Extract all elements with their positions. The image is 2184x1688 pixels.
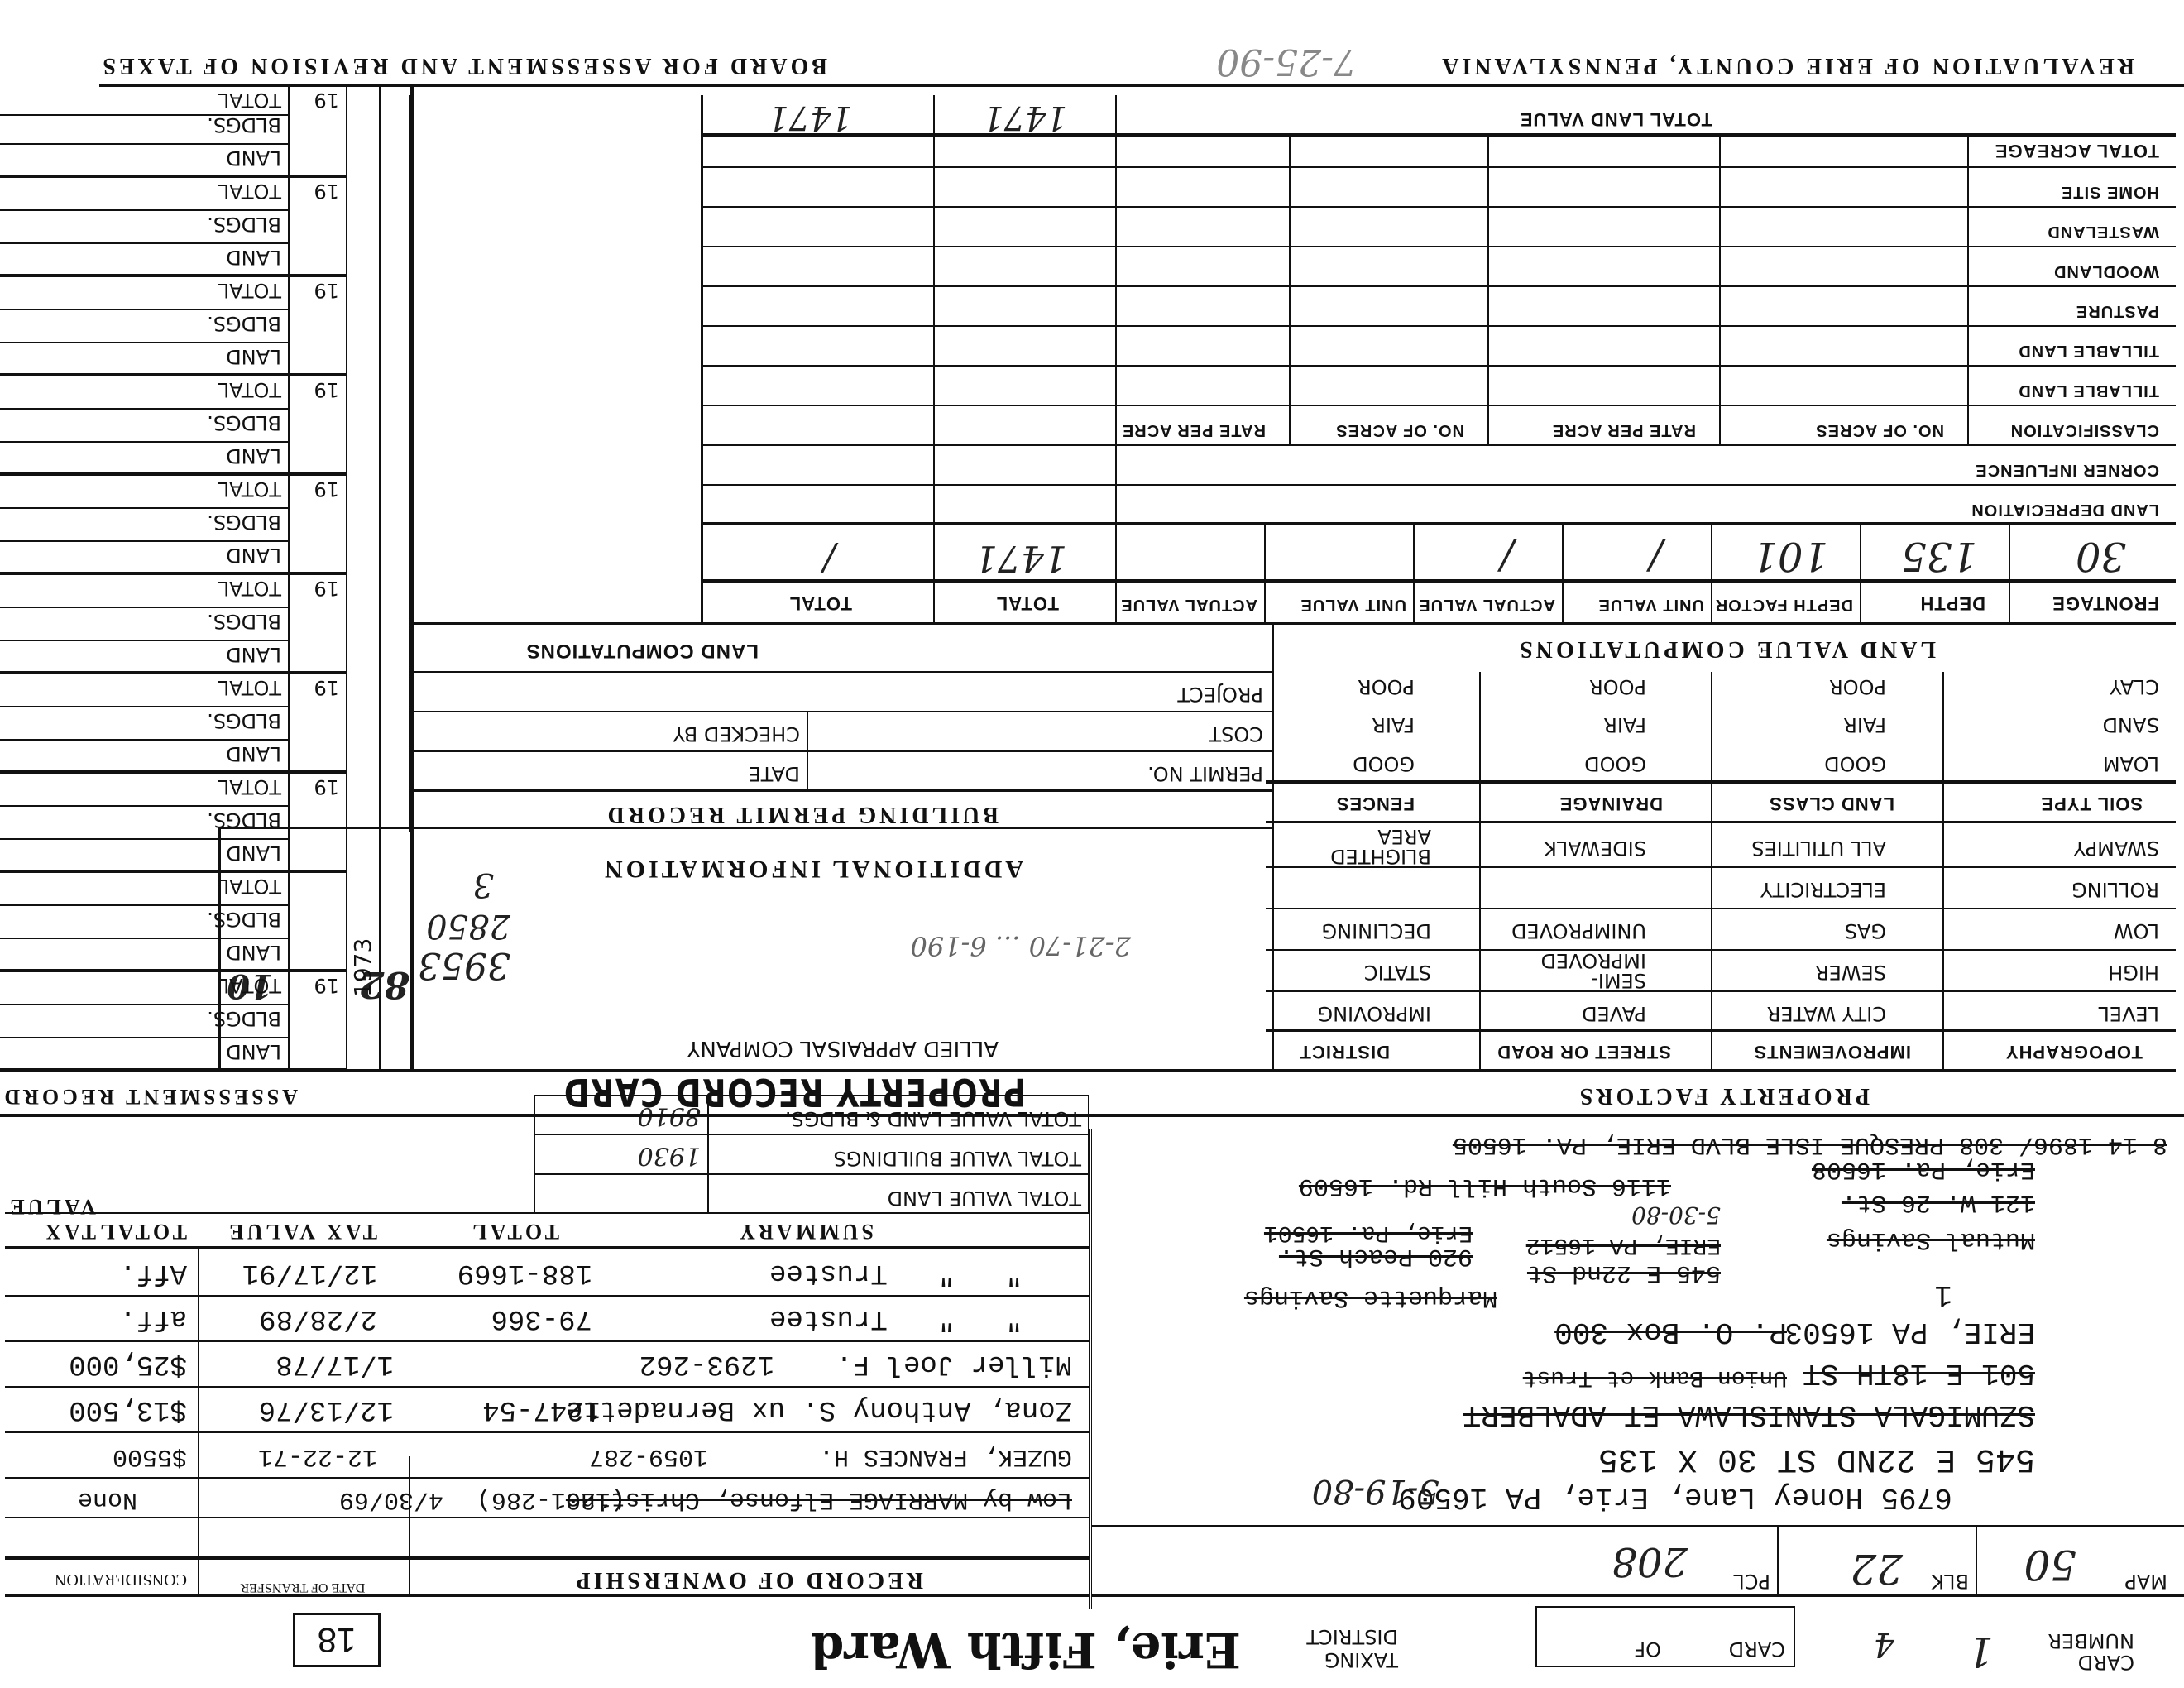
ownership-title: RECORD OF OWNERSHIP xyxy=(573,1566,923,1593)
total-land-value-label: TOTAL LAND VALUE xyxy=(1520,108,1712,130)
appraisal-company: ALLIED APPRAISAL COMPANY xyxy=(687,1036,999,1061)
ownership-row: " " Trustee 79-366 2/28/89 aff. xyxy=(5,1295,1089,1342)
taxing-district-value: Erie, Fifth Ward xyxy=(811,1622,1241,1678)
additional-info-title: ADDITIONAL INFORMATION xyxy=(601,855,1023,883)
address-line: P. O. Box 300 xyxy=(1554,1315,1787,1349)
assessment-record: 82 1973 10 LAND BLDGS. TOTAL 19 LAND BLD… xyxy=(0,87,414,1072)
address-line: ERIE, PA 16503 xyxy=(1785,1315,2035,1349)
address-line: 1116 South Hill Rd. 16509 xyxy=(1299,1172,1671,1200)
board-title: BOARD FOR ASSESSMENT AND REVISION OF TAX… xyxy=(99,52,827,79)
land-value-grid: FRONTAGE DEPTH DEPTH FACTOR UNIT VALUE A… xyxy=(703,523,2176,625)
ownership-row: Low by MARRIAGE Elfonse, Christine (1201… xyxy=(5,1477,1089,1518)
address-line: Erie, Pa. 16508 xyxy=(1812,1155,2035,1183)
permit-date-label: DATE xyxy=(749,762,800,785)
address-line: 920 Peach St. xyxy=(1279,1242,1473,1270)
land-value-title: LAND VALUE COMPUTATIONS xyxy=(1516,635,1936,662)
card-number-label: CARD NUMBER xyxy=(2002,1630,2134,1673)
blk-label: BLK xyxy=(1931,1570,1969,1593)
revaluation-title: REVALUATION OF ERIE COUNTY, PENNSYLVANIA xyxy=(1439,52,2134,79)
map-value: 50 xyxy=(2024,1541,2076,1589)
address-line: Marquette Savings xyxy=(1244,1283,1497,1312)
property-record-card: CARD NUMBER 1 4 CARD OF TAXING DISTRICT … xyxy=(0,0,2184,1688)
frontage-value: 30 xyxy=(2076,533,2126,579)
assessment-record-title: ASSESSMENT RECORD xyxy=(1,1084,298,1109)
checked-by-label: CHECKED BY xyxy=(673,722,800,746)
permit-no-label: PERMIT NO. xyxy=(1147,762,1263,785)
permit-cost-label: COST xyxy=(1209,722,1263,746)
depth-factor-value: 101 xyxy=(1752,533,1828,579)
address-line: Union Bank et Trust xyxy=(1523,1364,1787,1390)
address-block: 6795 Honey Lane, Erie, PA 16509 5-19-80 … xyxy=(1092,1129,2184,1527)
address-line: Erie, Pa. 16501 xyxy=(1264,1220,1473,1245)
summary-row-buildings: TOTAL VALUE BUILDINGS xyxy=(708,1134,1089,1174)
depth-value: 135 xyxy=(1901,533,1977,579)
address-line: 6795 Honey Lane, Erie, PA 16509 xyxy=(1398,1480,1952,1514)
address-line: ERIE, PA 16512 xyxy=(1526,1232,1721,1258)
address-line: 501 E 18TH ST xyxy=(1803,1356,2035,1390)
land-computations-box xyxy=(409,95,703,625)
pcl-label: PCL xyxy=(1733,1570,1770,1593)
handwritten-mark: 4 xyxy=(1874,1625,1894,1663)
consideration-header: CONSIDERATION xyxy=(55,1570,187,1589)
acreage-grid: LAND DEPRECIATION CORNER INFLUENCE CLASS… xyxy=(703,95,2176,525)
ownership-row: Zona, Anthony S. ux Bernadette 1247-54 1… xyxy=(5,1386,1089,1433)
ownership-row: GUZEK, FRANCES H. 1059-287 12-22-71 $550… xyxy=(5,1431,1089,1479)
address-line: 545 E 22ND ST 30 X 135 xyxy=(1598,1440,2035,1477)
soil-grid: SOIL TYPE LAND CLASS DRAINAGE FENCES LOA… xyxy=(1266,672,2176,823)
building-permit-box: BUILDING PERMIT RECORD PERMIT NO. DATE C… xyxy=(409,622,1274,832)
summary-row-land: TOTAL VALUE LAND xyxy=(708,1174,1089,1214)
property-factors-title: PROPERTY FACTORS xyxy=(1577,1082,1870,1109)
address-line: SZUMIGALA STANISLAWA ET ADALBERT xyxy=(1463,1398,2035,1431)
ward-box: 18 xyxy=(293,1613,381,1667)
building-permit-title: BUILDING PERMIT RECORD xyxy=(605,801,999,827)
project-label: PROJECT xyxy=(1177,683,1263,706)
property-factors-grid: TOPOGRAPHY IMPROVEMENTS STREET OR ROAD D… xyxy=(1266,821,2176,1072)
pcl-value: 208 xyxy=(1612,1538,1688,1585)
ownership-row: Miller Joel F. 1293-262 1/17/78 $25,000 xyxy=(5,1340,1089,1388)
assessment-year: 1973 xyxy=(349,938,376,997)
card-number-value: 1 xyxy=(1967,1628,1994,1676)
map-label: MAP xyxy=(2124,1570,2167,1593)
summary-header: SUMMARY xyxy=(736,1219,874,1244)
address-line: Mutual Savings xyxy=(1827,1225,2035,1254)
ownership-row: " " Trustee 188-1669 12/17/91 Aff. xyxy=(5,1249,1089,1297)
land-total-value: 1471 xyxy=(975,537,1067,579)
address-line: 121 W. 26 St. xyxy=(1842,1188,2035,1216)
land-computations-title: LAND COMPUTATIONS xyxy=(526,639,759,662)
date-of-transfer-header: DATE OF TRANSFER xyxy=(228,1580,377,1594)
property-record-card-title: PROPERTY RECORD CARD xyxy=(563,1070,1026,1115)
card-of-box: CARD OF xyxy=(1535,1606,1795,1667)
blk-value: 22 xyxy=(1850,1545,1903,1593)
address-line: 545 E 22nd St xyxy=(1527,1259,1721,1287)
address-line: 8-14-1896/ 308 PRESQUE ISLE BLVD ERIE, P… xyxy=(1453,1130,2167,1158)
ownership-section: RECORD OF OWNERSHIP DATE OF TRANSFER CON… xyxy=(0,1129,1092,1609)
taxing-district-label: TAXING DISTRICT xyxy=(1274,1625,1398,1671)
